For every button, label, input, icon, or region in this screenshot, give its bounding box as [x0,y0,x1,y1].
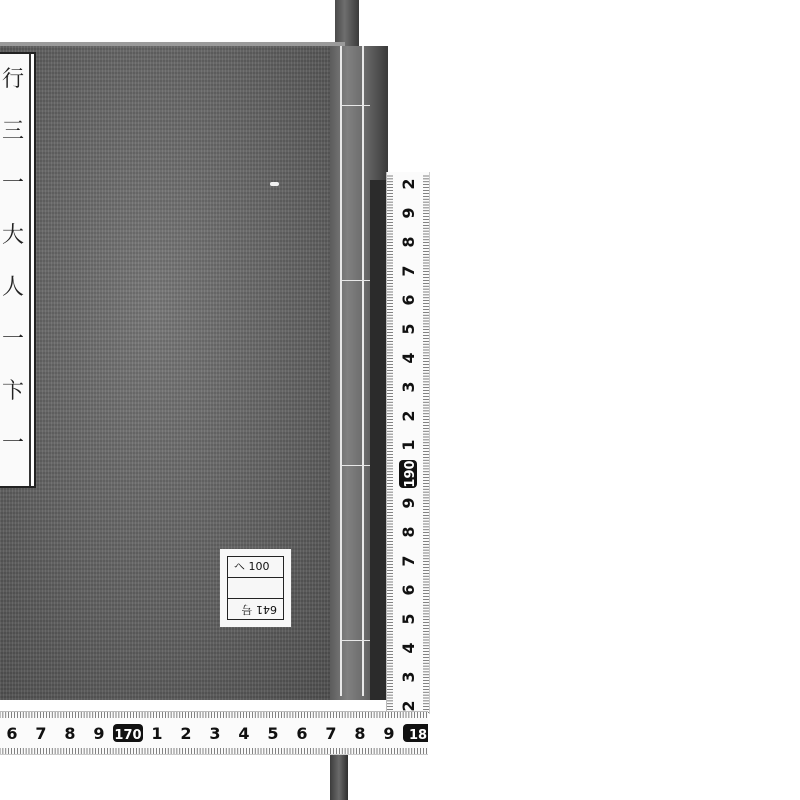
svg-text:7: 7 [35,724,46,743]
cover-blemish [270,182,279,186]
spine-strap-top [335,0,359,46]
title-character: 一 [0,426,26,457]
svg-text:2: 2 [180,724,191,743]
vertical-ruler-scale: 298765432119098765432 [387,172,429,714]
svg-text:6: 6 [296,724,307,743]
svg-text:7: 7 [399,265,418,276]
label-row-call-number: ヘ 100 [228,557,283,578]
svg-text:18: 18 [409,728,427,743]
svg-text:4: 4 [399,352,418,363]
svg-text:4: 4 [399,642,418,653]
svg-text:5: 5 [267,724,278,743]
svg-text:9: 9 [399,207,418,218]
svg-text:6: 6 [399,584,418,595]
svg-text:2: 2 [399,178,418,189]
title-character: 人 [0,270,26,301]
binding-thread [340,46,342,696]
svg-text:3: 3 [209,724,220,743]
label-row-volume: 641 号 [228,599,283,619]
binding-thread [362,46,364,696]
title-character: 一 [0,166,26,197]
svg-text:5: 5 [399,323,418,334]
cover-top-edge [0,42,345,46]
svg-text:7: 7 [399,555,418,566]
binding-thread [340,280,370,281]
svg-text:2: 2 [399,700,418,711]
title-character: 大 [0,218,26,249]
title-character: 一 [0,322,26,353]
svg-text:190: 190 [403,460,418,487]
label-row-blank [228,578,283,599]
svg-text:9: 9 [93,724,104,743]
svg-text:5: 5 [399,613,418,624]
horizontal-ruler: 678917012345678918 [0,711,428,755]
svg-text:8: 8 [399,526,418,537]
title-slip: 行三一大人一卞一 [0,52,36,488]
catalog-label: ヘ 100 641 号 [222,551,289,625]
svg-text:6: 6 [6,724,17,743]
svg-text:7: 7 [325,724,336,743]
svg-text:2: 2 [399,410,418,421]
svg-text:170: 170 [114,728,141,743]
vertical-ruler: 298765432119098765432 [386,172,430,714]
svg-text:9: 9 [383,724,394,743]
svg-text:6: 6 [399,294,418,305]
svg-text:8: 8 [64,724,75,743]
svg-text:8: 8 [354,724,365,743]
svg-text:8: 8 [399,236,418,247]
title-character: 三 [0,114,26,145]
title-character: 卞 [0,374,26,405]
label-frame: ヘ 100 641 号 [227,556,284,620]
svg-text:1: 1 [399,439,418,450]
label-call-number-text: ヘ 100 [228,560,270,573]
horizontal-ruler-scale: 678917012345678918 [0,712,428,754]
label-volume-text: 641 号 [242,603,284,616]
title-character: 行 [0,62,26,93]
book-cover [0,42,345,700]
svg-text:3: 3 [399,671,418,682]
svg-text:4: 4 [238,724,249,743]
svg-text:3: 3 [399,381,418,392]
binding-thread [340,465,370,466]
svg-text:9: 9 [399,497,418,508]
binding-thread [340,105,370,106]
binding-thread [340,640,370,641]
svg-text:1: 1 [151,724,162,743]
